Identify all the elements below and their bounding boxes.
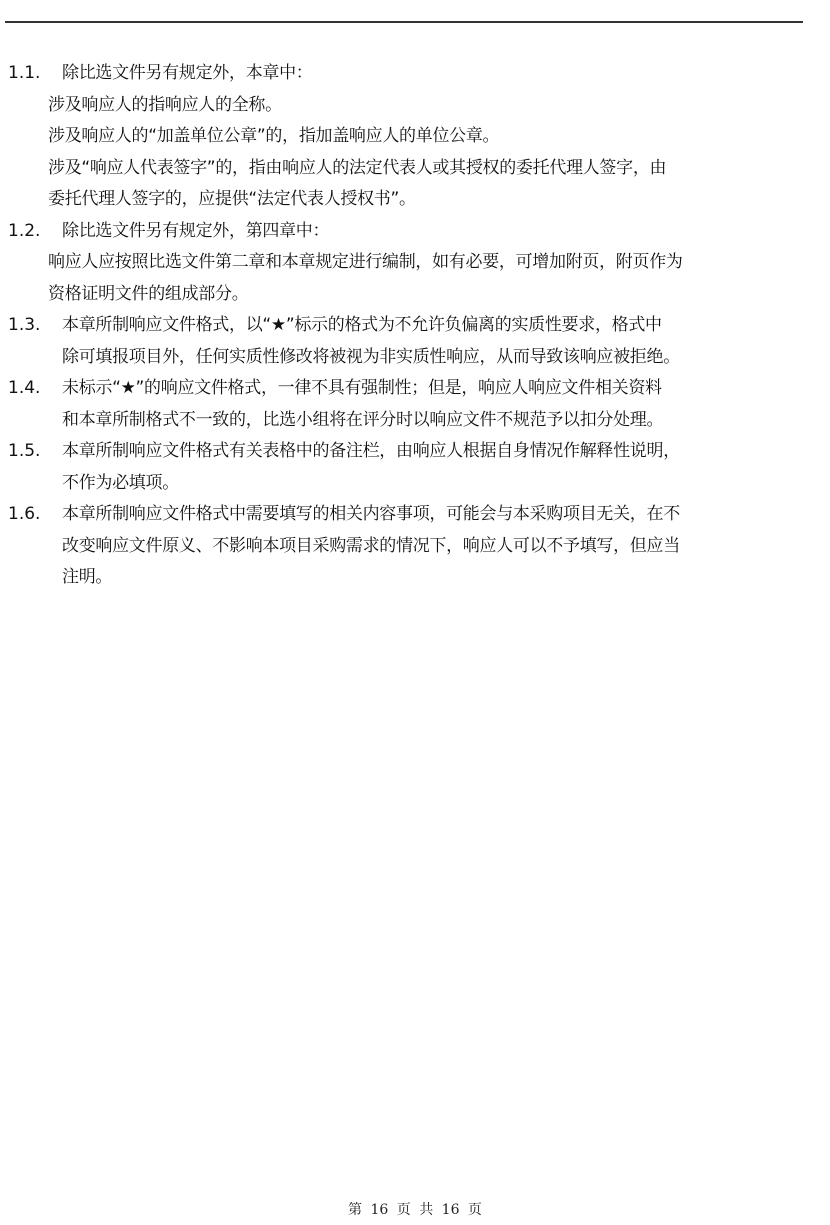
clause-1-2: 1.2. 除比选文件另有规定外，第四章中： (0, 216, 830, 248)
clause-number: 1.5. (8, 436, 40, 468)
clause-number: 1.1. (8, 58, 40, 90)
clause-number: 1.2. (8, 216, 40, 248)
clause-text: 本章所制响应文件格式有关表格中的备注栏，由响应人根据自身情况作解释性说明， (0, 436, 830, 468)
paragraph-text: 涉及“响应人代表签字”的，指由响应人的法定代表人或其授权的委托代理人签字，由 (0, 153, 830, 185)
paragraph-text: 涉及响应人的“加盖单位公章”的，指加盖响应人的单位公章。 (0, 121, 830, 153)
page-footer: 第 16 页 共 16 页 (0, 1199, 830, 1219)
paragraph-text: 资格证明文件的组成部分。 (0, 279, 830, 311)
clause-1-1: 1.1. 除比选文件另有规定外，本章中： (0, 58, 830, 90)
clause-1-4: 1.4. 未标示“★”的响应文件格式，一律不具有强制性；但是，响应人响应文件相关… (0, 373, 830, 436)
header-rule (5, 21, 803, 23)
paragraph-representative-signature: 涉及“响应人代表签字”的，指由响应人的法定代表人或其授权的委托代理人签字，由 委… (0, 153, 830, 216)
clause-1-5: 1.5. 本章所制响应文件格式有关表格中的备注栏，由响应人根据自身情况作解释性说… (0, 436, 830, 499)
document-body: 1.1. 除比选文件另有规定外，本章中： 涉及响应人的指响应人的全称。 涉及响应… (0, 58, 830, 594)
paragraph-text: 响应人应按照比选文件第二章和本章规定进行编制，如有必要，可增加附页，附页作为 (0, 247, 830, 279)
clause-text: 本章所制响应文件格式，以“★”标示的格式为不允许负偏离的实质性要求，格式中 (0, 310, 830, 342)
clause-text: 未标示“★”的响应文件格式，一律不具有强制性；但是，响应人响应文件相关资料 (0, 373, 830, 405)
clause-text: 和本章所制格式不一致的，比选小组将在评分时以响应文件不规范予以扣分处理。 (0, 405, 830, 437)
paragraph-compilation: 响应人应按照比选文件第二章和本章规定进行编制，如有必要，可增加附页，附页作为 资… (0, 247, 830, 310)
paragraph-full-name: 涉及响应人的指响应人的全称。 (0, 90, 830, 122)
clause-text: 本章所制响应文件格式中需要填写的相关内容事项，可能会与本采购项目无关，在不 (0, 499, 830, 531)
clause-text: 除比选文件另有规定外，第四章中： (0, 216, 830, 248)
clause-1-6: 1.6. 本章所制响应文件格式中需要填写的相关内容事项，可能会与本采购项目无关，… (0, 499, 830, 594)
clause-text: 除比选文件另有规定外，本章中： (0, 58, 830, 90)
clause-number: 1.4. (8, 373, 40, 405)
clause-text: 注明。 (0, 562, 830, 594)
paragraph-text: 委托代理人签字的，应提供“法定代表人授权书”。 (0, 184, 830, 216)
clause-number: 1.6. (8, 499, 40, 531)
clause-text: 除可填报项目外，任何实质性修改将被视为非实质性响应，从而导致该响应被拒绝。 (0, 342, 830, 374)
clause-number: 1.3. (8, 310, 40, 342)
paragraph-official-seal: 涉及响应人的“加盖单位公章”的，指加盖响应人的单位公章。 (0, 121, 830, 153)
paragraph-text: 涉及响应人的指响应人的全称。 (0, 90, 830, 122)
clause-text: 改变响应文件原义、不影响本项目采购需求的情况下，响应人可以不予填写，但应当 (0, 531, 830, 563)
clause-text: 不作为必填项。 (0, 468, 830, 500)
clause-1-3: 1.3. 本章所制响应文件格式，以“★”标示的格式为不允许负偏离的实质性要求，格… (0, 310, 830, 373)
